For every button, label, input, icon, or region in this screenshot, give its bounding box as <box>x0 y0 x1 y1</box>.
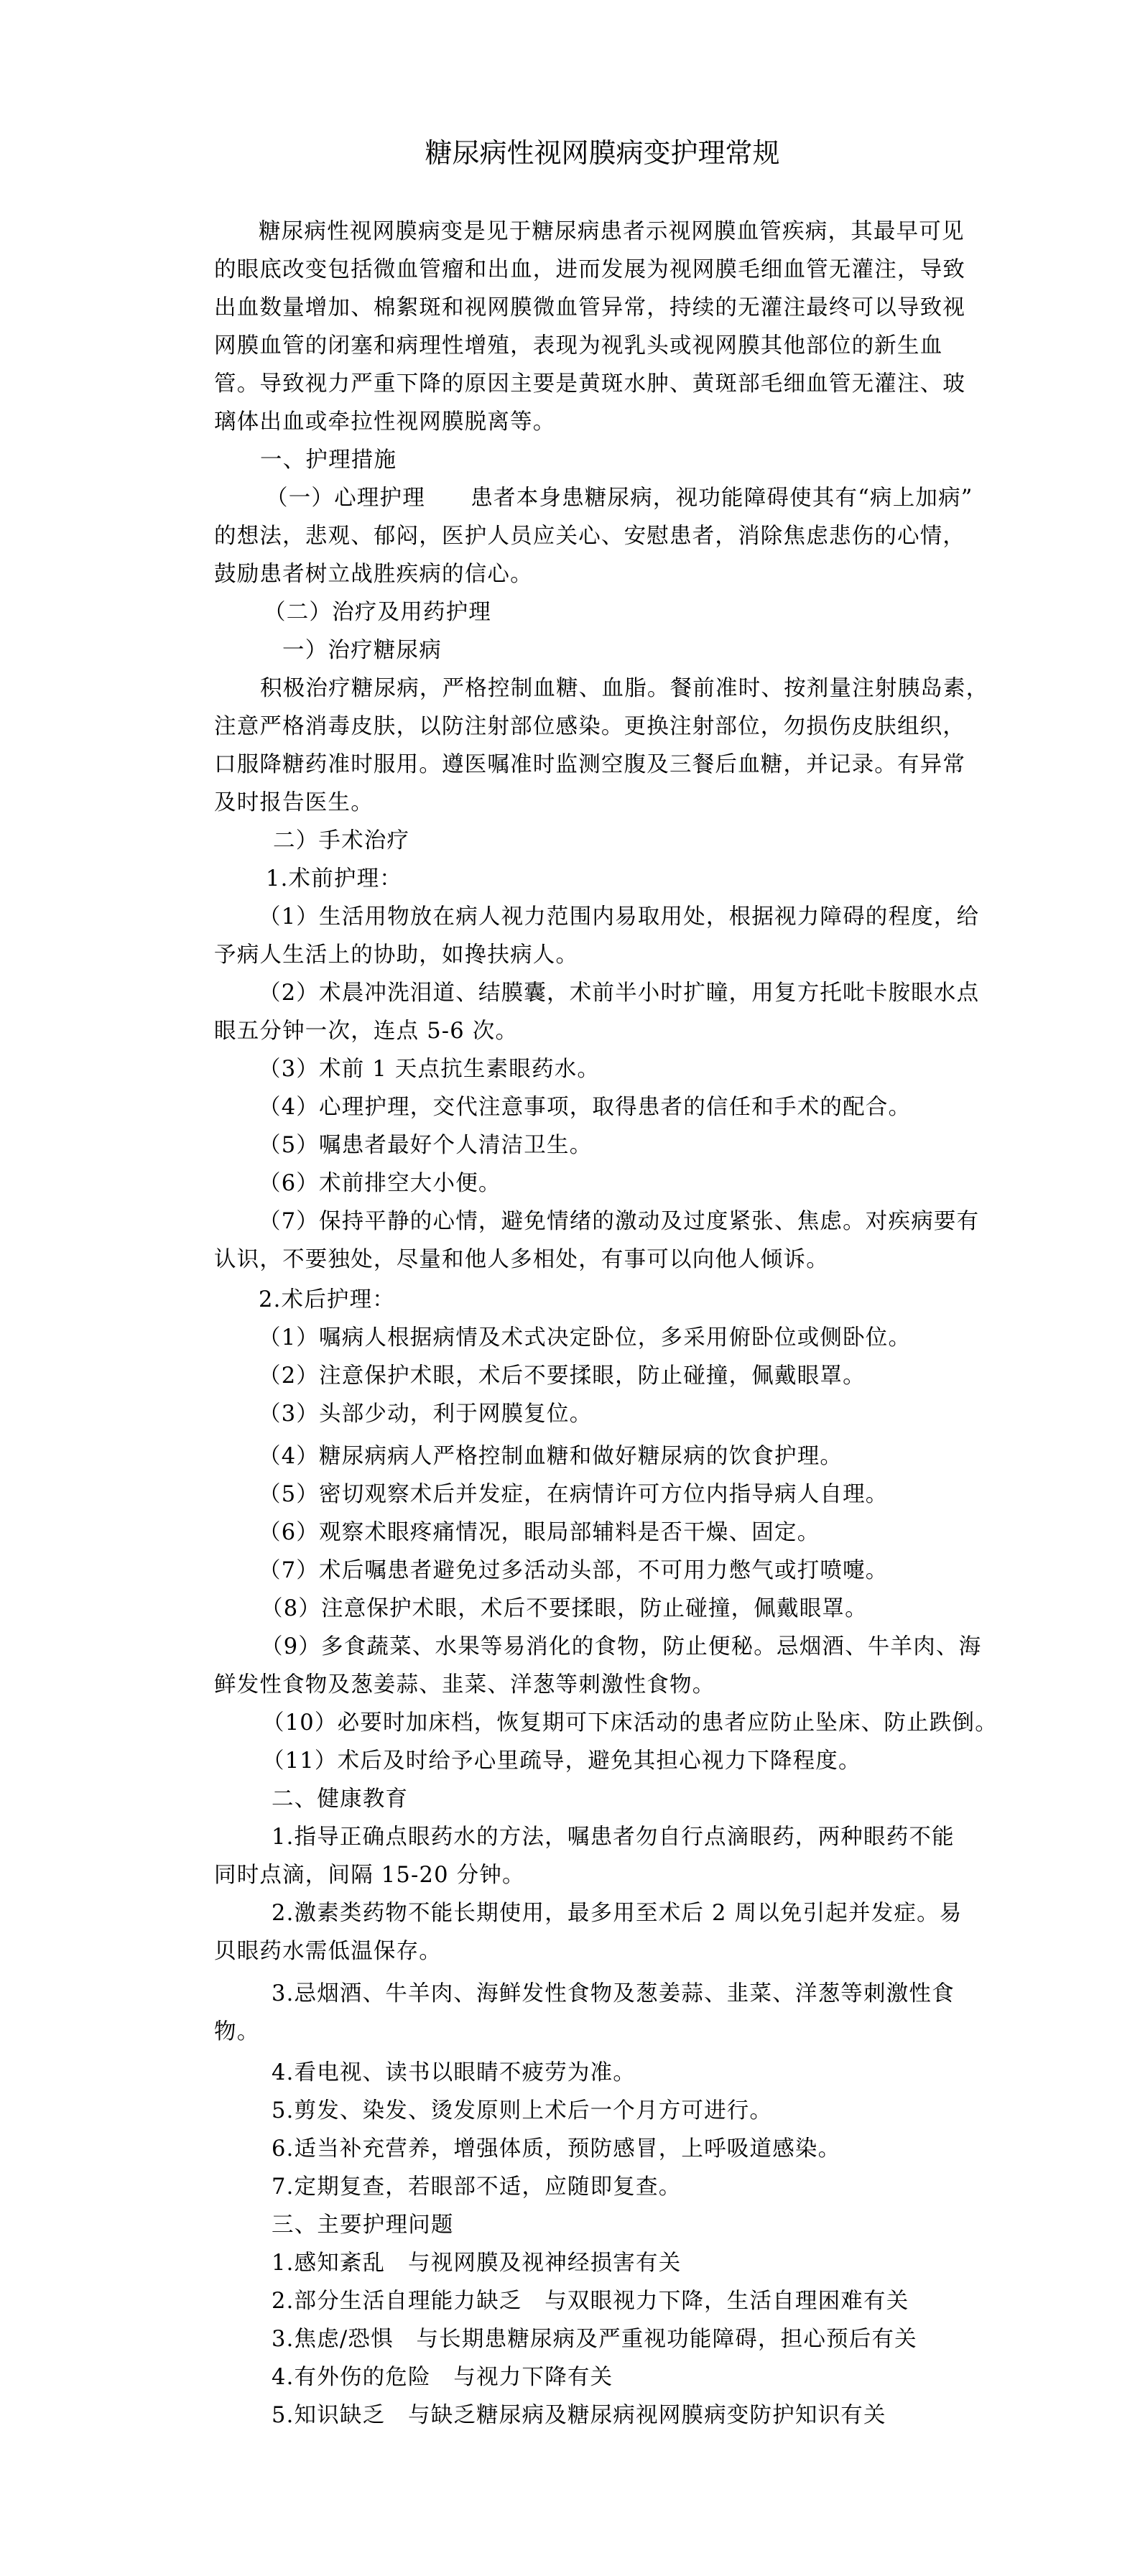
text-line: 1.指导正确点眼药水的方法，嘱患者勿自行点滴眼药，两种眼药不能 <box>272 1823 1026 1852</box>
text-line: 一、护理措施 <box>260 446 1014 475</box>
text-line: 4.看电视、读书以眼睛不疲劳为准。 <box>272 2059 1026 2088</box>
text-line: 鼓励患者树立战胜疾病的信心。 <box>214 560 968 589</box>
text-line: （6）观察术眼疼痛情况，眼局部辅料是否干燥、固定。 <box>259 1519 1013 1547</box>
text-line: 三、主要护理问题 <box>272 2211 1026 2240</box>
text-line: 的想法，悲观、郁闷，医护人员应关心、安慰患者，消除焦虑悲伤的心情， <box>214 522 968 551</box>
text-line: （5）嘱患者最好个人清洁卫生。 <box>259 1131 1013 1160</box>
text-line: 二）手术治疗 <box>273 827 1027 856</box>
text-line: 口服降糖药准时服用。遵医嘱准时监测空腹及三餐后血糖，并记录。有异常 <box>214 751 968 779</box>
text-line: 物。 <box>214 2018 968 2047</box>
text-line: 鲜发性食物及葱姜蒜、韭菜、洋葱等刺激性食物。 <box>214 1671 968 1700</box>
text-line: 出血数量增加、棉絮斑和视网膜微血管异常，持续的无灌注最终可以导致视 <box>214 294 968 323</box>
text-line: 同时点滴，间隔 15-20 分钟。 <box>214 1861 968 1890</box>
text-line: 璃体出血或牵拉性视网膜脱离等。 <box>214 408 968 437</box>
text-line: 2.激素类药物不能长期使用，最多用至术后 2 周以免引起并发症。易 <box>272 1899 1026 1928</box>
text-line: 的眼底改变包括微血管瘤和出血，进而发展为视网膜毛细血管无灌注，导致 <box>214 256 968 284</box>
text-line: 管。导致视力严重下降的原因主要是黄斑水肿、黄斑部毛细血管无灌注、玻 <box>214 370 968 399</box>
text-line: 2.部分生活自理能力缺乏 与双眼视力下降，生活自理困难有关 <box>272 2287 1026 2316</box>
text-line: （一）心理护理 患者本身患糖尿病，视功能障碍使其有“病上加病” <box>266 484 1020 513</box>
text-line: 4.有外伤的危险 与视力下降有关 <box>272 2363 1026 2392</box>
text-line: 二、健康教育 <box>272 1785 1026 1814</box>
text-line: （8）注意保护术眼，术后不要揉眼，防止碰撞，佩戴眼罩。 <box>261 1595 1015 1623</box>
document-page: 糖尿病性视网膜病变护理常规 糖尿病性视网膜病变是见于糖尿病患者示视网膜血管疾病，… <box>0 0 1140 2576</box>
text-line: （11）术后及时给予心里疏导，避免其担心视力下降程度。 <box>262 1747 1016 1776</box>
text-line: 1.感知紊乱 与视网膜及视神经损害有关 <box>272 2249 1026 2278</box>
text-line: （2）注意保护术眼，术后不要揉眼，防止碰撞，佩戴眼罩。 <box>259 1362 1013 1391</box>
text-line: 注意严格消毒皮肤，以防注射部位感染。更换注射部位，勿损伤皮肤组织， <box>214 713 968 741</box>
text-line: 5.剪发、染发、烫发原则上术后一个月方可进行。 <box>272 2097 1026 2126</box>
text-line: 予病人生活上的协助，如搀扶病人。 <box>214 941 968 970</box>
text-line: （10）必要时加床档，恢复期可下床活动的患者应防止坠床、防止跌倒。 <box>262 1709 1016 1738</box>
text-line: 贝眼药水需低温保存。 <box>214 1937 968 1966</box>
text-line: （1）嘱病人根据病情及术式决定卧位，多采用俯卧位或侧卧位。 <box>259 1324 1013 1353</box>
text-line: （9）多食蔬菜、水果等易消化的食物，防止便秘。忌烟酒、牛羊肉、海 <box>261 1633 1015 1662</box>
text-line: （5）密切观察术后并发症，在病情许可方位内指导病人自理。 <box>259 1481 1013 1509</box>
text-line: （4）心理护理，交代注意事项，取得患者的信任和手术的配合。 <box>259 1093 1013 1122</box>
text-line: 网膜血管的闭塞和病理性增殖，表现为视乳头或视网膜其他部位的新生血 <box>214 332 968 361</box>
text-line: 5.知识缺乏 与缺乏糖尿病及糖尿病视网膜病变防护知识有关 <box>272 2401 1026 2430</box>
text-line: 3.忌烟酒、牛羊肉、海鲜发性食物及葱姜蒜、韭菜、洋葱等刺激性食 <box>272 1980 1026 2009</box>
text-line: 2.术后护理： <box>259 1286 1013 1315</box>
text-line: 7.定期复查，若眼部不适，应随即复查。 <box>272 2173 1026 2202</box>
text-line: 眼五分钟一次，连点 5-6 次。 <box>214 1017 968 1046</box>
text-line: 认识，不要独处，尽量和他人多相处，有事可以向他人倾诉。 <box>214 1246 968 1274</box>
document-title: 糖尿病性视网膜病变护理常规 <box>0 135 1140 171</box>
text-line: 3.焦虑/恐惧 与长期患糖尿病及严重视功能障碍，担心预后有关 <box>272 2325 1026 2354</box>
text-line: 及时报告医生。 <box>214 789 968 817</box>
text-line: 糖尿病性视网膜病变是见于糖尿病患者示视网膜血管疾病，其最早可见 <box>259 218 1013 246</box>
text-line: （7）保持平静的心情，避免情绪的激动及过度紧张、焦虑。对疾病要有 <box>259 1208 1013 1236</box>
text-line: （二）治疗及用药护理 <box>264 598 1018 627</box>
text-line: 一）治疗糖尿病 <box>282 636 1037 665</box>
text-line: （2）术晨冲洗泪道、结膜囊，术前半小时扩瞳，用复方托吡卡胺眼水点 <box>259 979 1013 1008</box>
text-line: 6.适当补充营养，增强体质，预防感冒，上呼吸道感染。 <box>272 2135 1026 2164</box>
text-line: （1）生活用物放在病人视力范围内易取用处，根据视力障碍的程度，给 <box>259 903 1013 932</box>
text-line: （3）头部少动，利于网膜复位。 <box>259 1400 1013 1429</box>
text-line: 1.术前护理： <box>266 865 1020 894</box>
text-line: （6）术前排空大小便。 <box>259 1169 1013 1198</box>
text-line: 积极治疗糖尿病，严格控制血糖、血脂。餐前准时、按剂量注射胰岛素， <box>260 675 1014 703</box>
text-line: （3）术前 1 天点抗生素眼药水。 <box>259 1055 1013 1084</box>
text-line: （4）糖尿病病人严格控制血糖和做好糖尿病的饮食护理。 <box>259 1442 1013 1471</box>
text-line: （7）术后嘱患者避免过多活动头部，不可用力憋气或打喷嚏。 <box>259 1557 1013 1585</box>
